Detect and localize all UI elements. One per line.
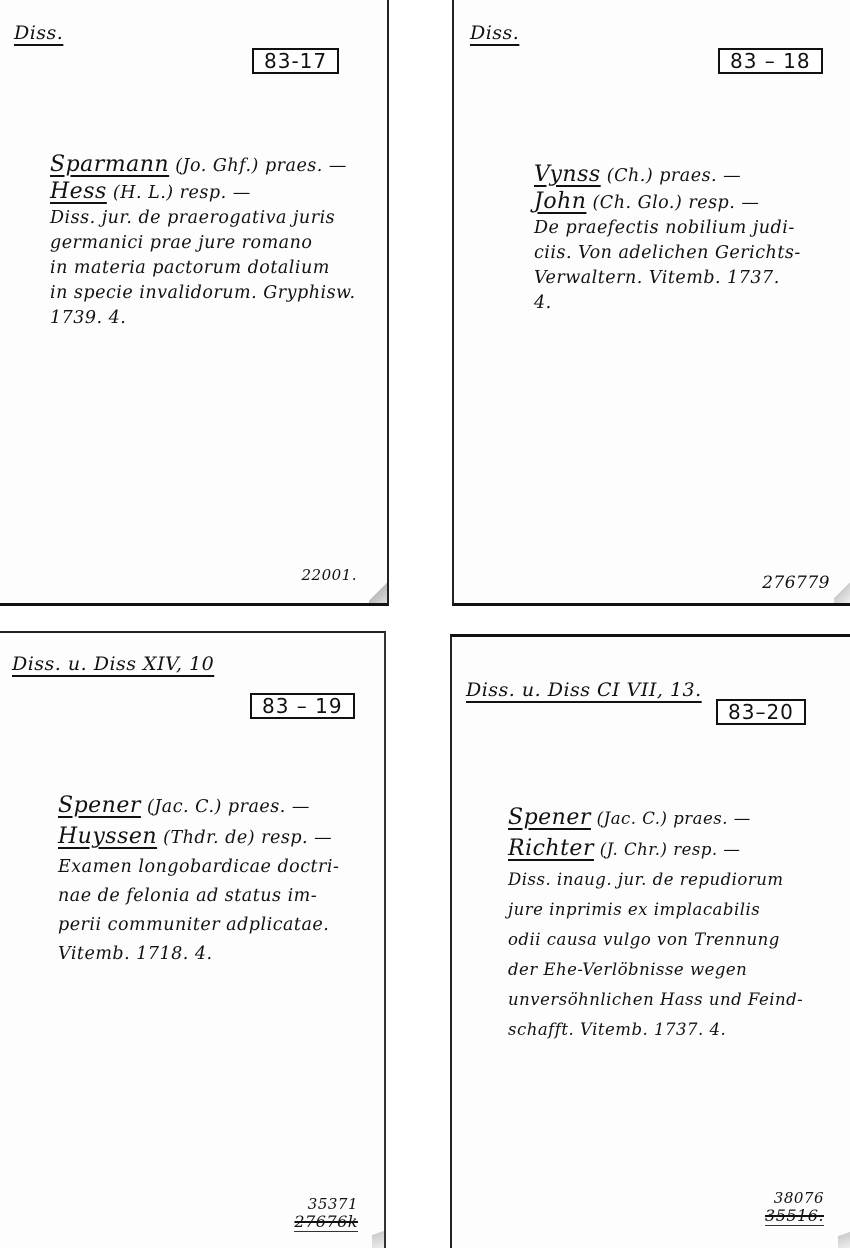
respondent-details: (Thdr. de) resp. — <box>163 828 332 848</box>
description-line: Diss. jur. de praerogativa juris <box>50 206 356 231</box>
respondent-details: (H. L.) resp. — <box>113 183 251 203</box>
shelfmark: Diss. u. Diss XIV, 10 <box>12 653 214 675</box>
praeses-line: Sparmann (Jo. Ghf.) praes. — <box>50 152 356 179</box>
description-line: Verwaltern. Vitemb. 1737. <box>534 266 801 291</box>
entry-text: Sparmann (Jo. Ghf.) praes. — Hess (H. L.… <box>50 152 356 331</box>
accession-number: 276779 <box>762 574 830 592</box>
respondent-details: (Ch. Glo.) resp. — <box>592 193 759 213</box>
description-line: 4. <box>534 291 801 316</box>
accession-numbers: 38076 35516. <box>765 1189 824 1226</box>
description-line: odii causa vulgo von Trennung <box>508 925 803 955</box>
praeses-name: Vynss <box>534 162 601 187</box>
shelfmark: Diss. <box>470 22 519 44</box>
accession-number: 35371 <box>294 1195 358 1213</box>
praeses-line: Spener (Jac. C.) praes. — <box>58 791 339 822</box>
respondent-line: John (Ch. Glo.) resp. — <box>534 189 801 216</box>
catalog-card-83-17: Diss. 83-17 Sparmann (Jo. Ghf.) praes. —… <box>0 0 389 606</box>
catalog-card-83-19: Diss. u. Diss XIV, 10 83 – 19 Spener (Ja… <box>0 631 386 1248</box>
entry-text: Spener (Jac. C.) praes. — Huyssen (Thdr.… <box>58 791 339 969</box>
description-line: Diss. inaug. jur. de repudiorum <box>508 865 803 895</box>
respondent-name: Richter <box>508 836 594 861</box>
respondent-name: Huyssen <box>58 824 157 849</box>
accession-number: 38076 <box>765 1189 824 1207</box>
entry-text: Spener (Jac. C.) praes. — Richter (J. Ch… <box>508 803 803 1045</box>
catalog-card-83-18: Diss. 83 – 18 Vynss (Ch.) praes. — John … <box>452 0 850 606</box>
shelfmark: Diss. <box>14 22 63 44</box>
accession-number: 22001. <box>302 566 358 584</box>
call-number: 83 – 19 <box>250 693 355 719</box>
description-line: 1739. 4. <box>50 306 356 331</box>
praeses-details: (Jac. C.) praes. — <box>597 809 751 828</box>
call-number: 83-17 <box>252 48 339 74</box>
accession-number-cancelled: 27676k <box>294 1213 358 1232</box>
praeses-details: (Ch.) praes. — <box>607 166 741 186</box>
accession-number-cancelled: 35516. <box>765 1207 824 1226</box>
call-number: 83–20 <box>716 699 806 725</box>
description-line: Vitemb. 1718. 4. <box>58 940 339 969</box>
description-line: nae de felonia ad status im- <box>58 882 339 911</box>
respondent-line: Hess (H. L.) resp. — <box>50 179 356 206</box>
respondent-line: Richter (J. Chr.) resp. — <box>508 834 803 865</box>
praeses-details: (Jac. C.) praes. — <box>147 797 310 817</box>
description-line: schafft. Vitemb. 1737. 4. <box>508 1015 803 1045</box>
description-line: der Ehe-Verlöbnisse wegen <box>508 955 803 985</box>
accession-numbers: 35371 27676k <box>294 1195 358 1232</box>
praeses-line: Vynss (Ch.) praes. — <box>534 162 801 189</box>
respondent-name: John <box>534 189 586 214</box>
call-number: 83 – 18 <box>718 48 823 74</box>
description-line: in materia pactorum dotalium <box>50 256 356 281</box>
respondent-details: (J. Chr.) resp. — <box>600 840 741 859</box>
description-line: in specie invalidorum. Gryphisw. <box>50 281 356 306</box>
description-line: ciis. Von adelichen Gerichts- <box>534 241 801 266</box>
description-line: germanici prae jure romano <box>50 231 356 256</box>
entry-text: Vynss (Ch.) praes. — John (Ch. Glo.) res… <box>534 162 801 316</box>
respondent-line: Huyssen (Thdr. de) resp. — <box>58 822 339 853</box>
shelfmark: Diss. u. Diss CI VII, 13. <box>466 679 702 701</box>
catalog-card-83-20: Diss. u. Diss CI VII, 13. 83–20 Spener (… <box>450 634 850 1248</box>
praeses-name: Sparmann <box>50 152 169 177</box>
praeses-name: Spener <box>508 805 591 830</box>
description-line: De praefectis nobilium judi- <box>534 216 801 241</box>
praeses-name: Spener <box>58 793 141 818</box>
praeses-line: Spener (Jac. C.) praes. — <box>508 803 803 834</box>
description-line: Examen longobardicae doctri- <box>58 853 339 882</box>
praeses-details: (Jo. Ghf.) praes. — <box>175 156 347 176</box>
description-line: unversöhnlichen Hass und Feind- <box>508 985 803 1015</box>
description-line: perii communiter adplicatae. <box>58 911 339 940</box>
description-line: jure inprimis ex implacabilis <box>508 895 803 925</box>
respondent-name: Hess <box>50 179 107 204</box>
